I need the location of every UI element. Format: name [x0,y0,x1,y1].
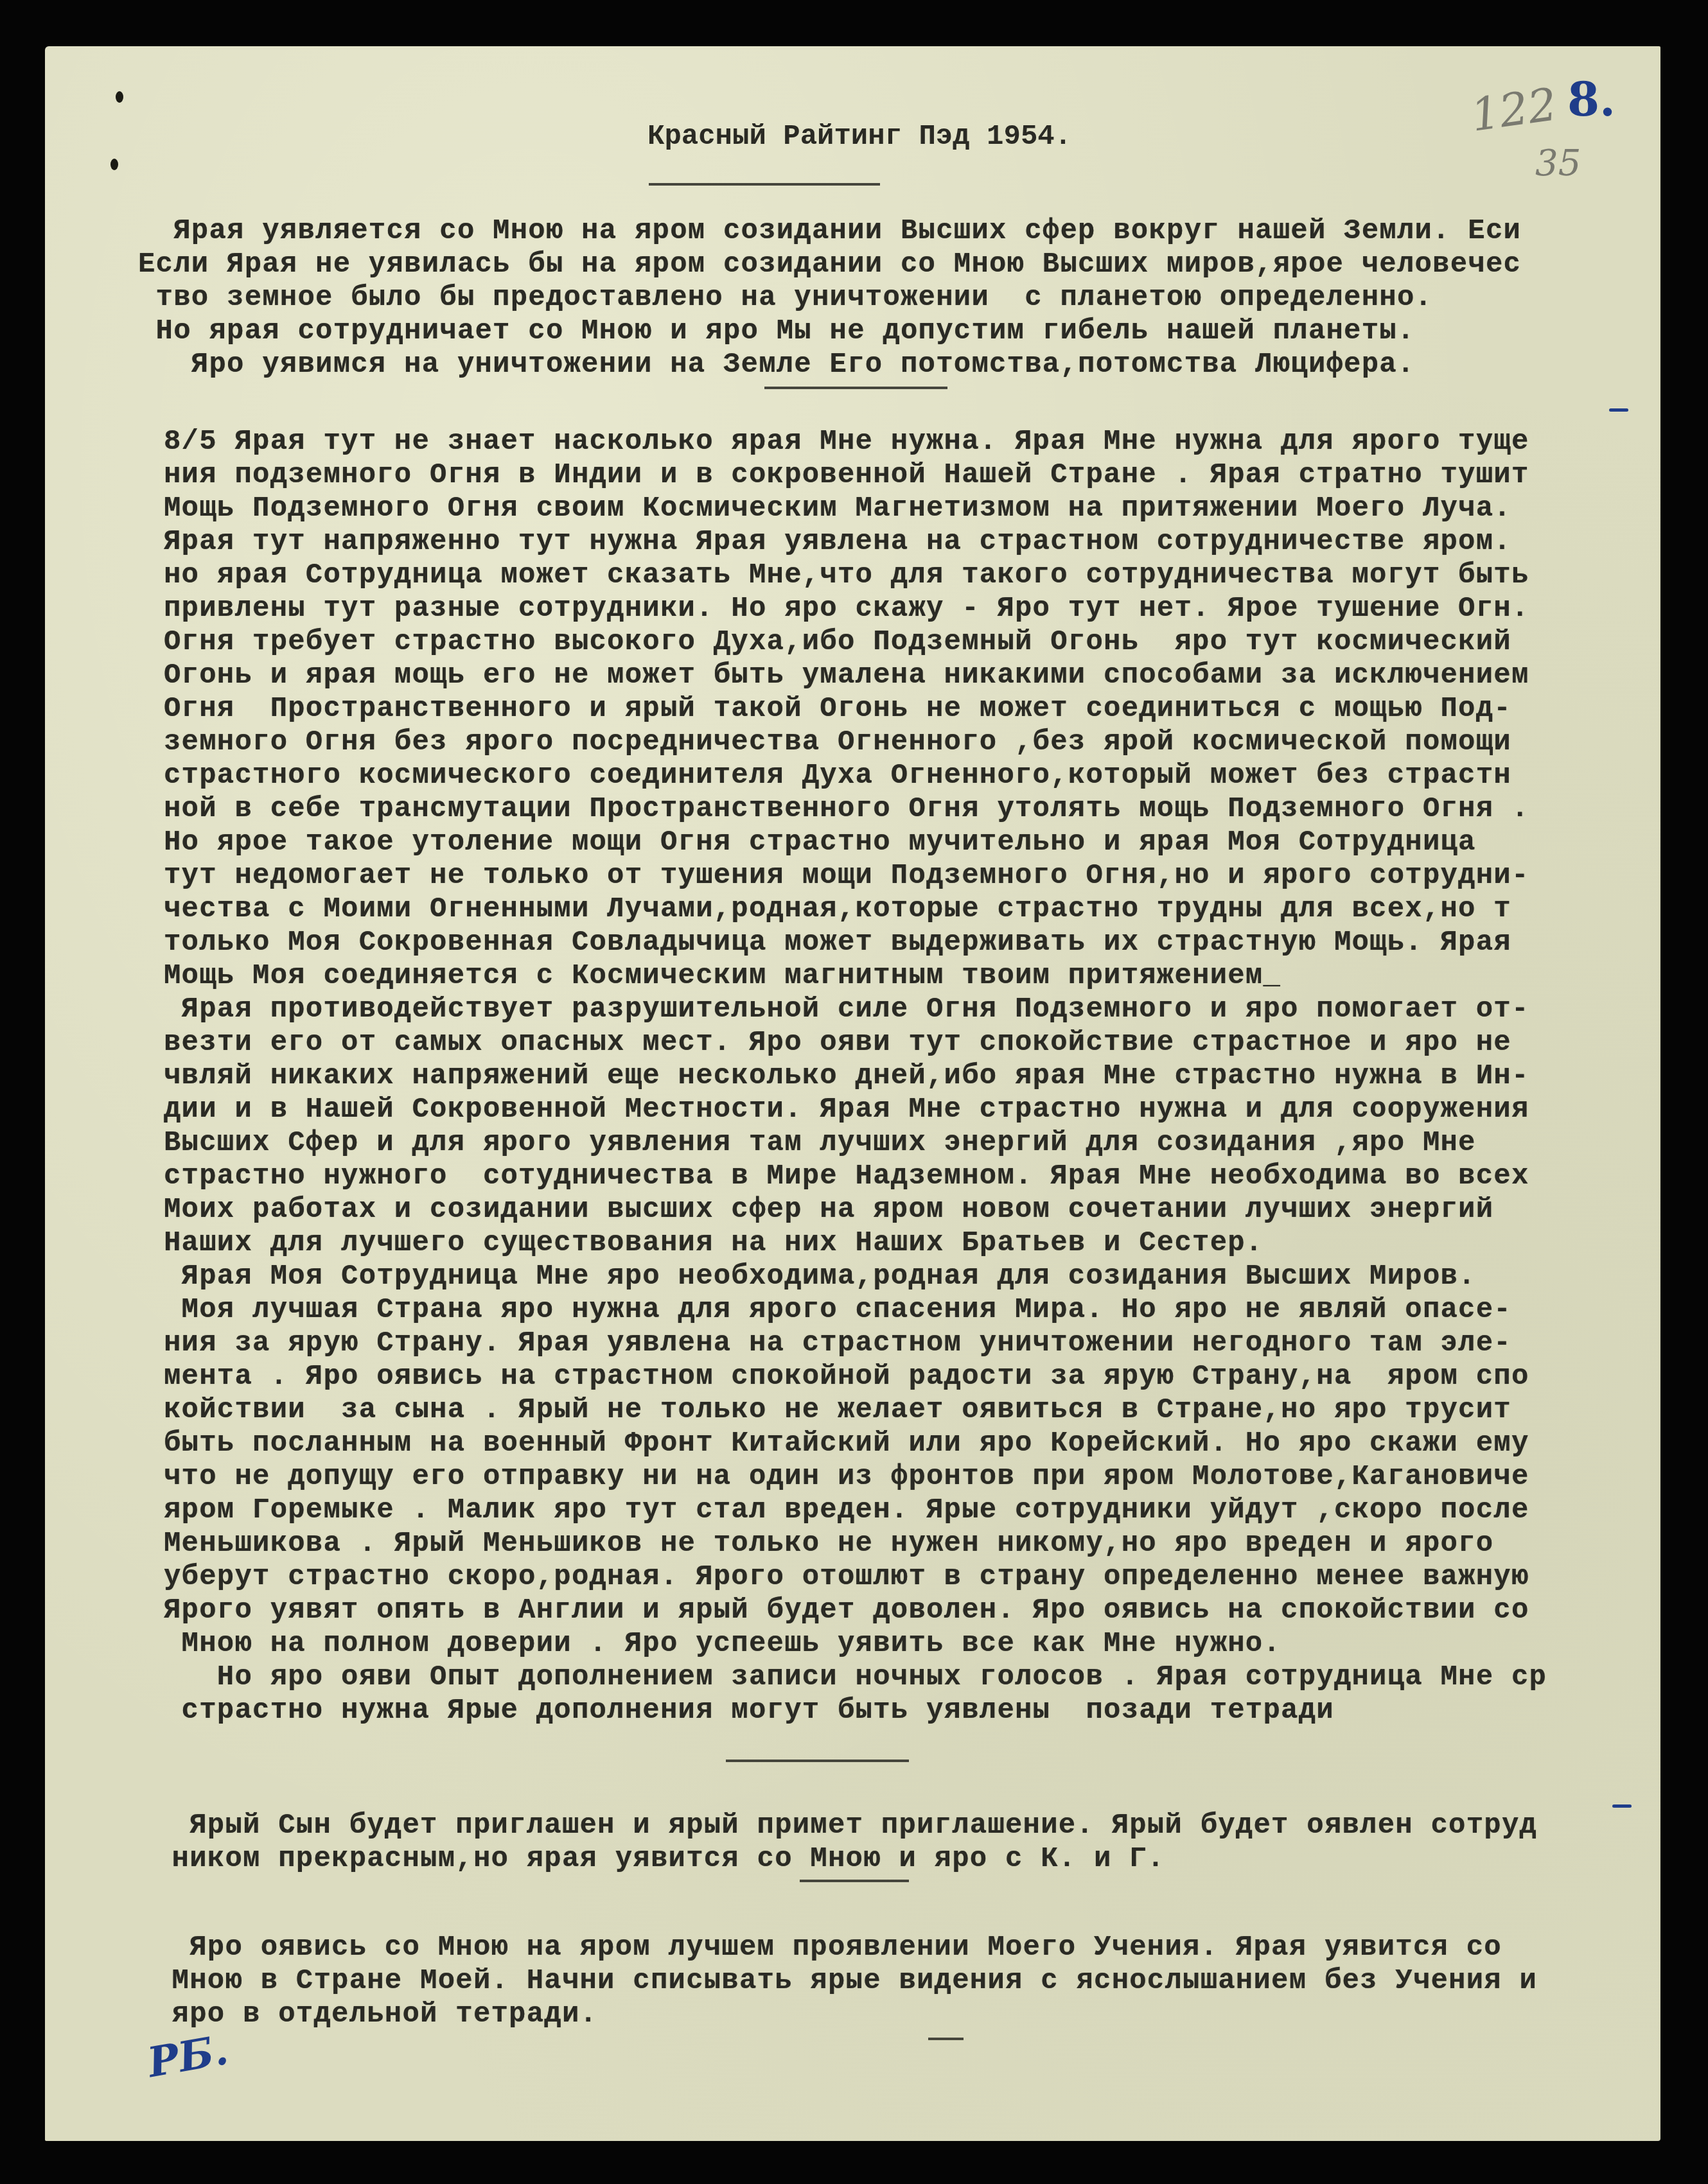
text-line: яром Горемыке . Малик яро тут стал вреде… [164,1494,1547,1527]
text-line: ния подземного Огня в Индии и в сокровен… [164,459,1547,492]
text-line: Яро уявимся на уничтожении на Земле Его … [138,348,1521,381]
section-entry-8-5: 8/5 Ярая тут не знает насколько ярая Мне… [164,392,1547,1761]
text-line: Моих работах и созидании высших сфер на … [164,1193,1547,1227]
closing-dash [928,2038,964,2040]
punch-hole [110,159,118,170]
text-line: Ярого уявят опять в Англии и ярый будет … [164,1594,1547,1627]
text-line: Ярая Моя Сотрудница Мне яро необходима,р… [164,1260,1547,1293]
section-divider [800,1880,909,1882]
text-line: земного Огня без ярого посредничества Ог… [164,726,1547,759]
margin-mark-dash [1609,408,1628,412]
section-divider [726,1760,909,1762]
text-line: ния за ярую Страну. Ярая уявлена на стра… [164,1327,1547,1360]
text-line: но ярая Сотрудница может сказать Мне,что… [164,559,1547,592]
text-line: 8/5 Ярая тут не знает насколько ярая Мне… [164,425,1547,459]
text-line: Мною в Стране Моей. Начни списывать ярые… [154,1964,1537,1998]
text-line: быть посланным на военный Фронт Китайски… [164,1427,1547,1460]
text-line: Огня Пространственного и ярый такой Огон… [164,692,1547,726]
text-line: Мощь Подземного Огня своим Космическим М… [164,492,1547,525]
text-line: Ярая уявляется со Мною на яром созидании… [138,214,1521,248]
text-line: что не допущу его отправку ни на один из… [164,1460,1547,1494]
text-line: Ярая противодействует разрушительной сил… [164,993,1547,1026]
punch-hole [116,91,123,103]
text-line: Меньшикова . Ярый Меньшиков не только не… [164,1527,1547,1560]
text-line: Огня требует страстно высокого Духа,ибо … [164,625,1547,659]
text-line: койствии за сына . Ярый не только не жел… [164,1393,1547,1427]
text-line: Но яро ояви Опыт дополнением записи ночн… [164,1661,1547,1694]
text-line: чвляй никаких напряжений еще несколько д… [164,1060,1547,1093]
text-line: тво земное было бы предоставлено на унич… [138,281,1521,315]
text-line: уберут страстно скоро,родная. Ярого отош… [164,1560,1547,1594]
text-line: привлены тут разные сотрудники. Но яро с… [164,592,1547,625]
text-line: страстного космического соединителя Духа… [164,759,1547,792]
text-line: Ярый Сын будет приглашен и ярый примет п… [154,1809,1537,1842]
text-line: Наших для лучшего существования на них Н… [164,1227,1547,1260]
text-line: Но ярая сотрудничает со Мною и яро Мы не… [138,315,1521,348]
section-intro: Ярая уявляется со Мною на яром созидании… [138,181,1521,415]
text-line: Мощь Моя соединяется с Космическим магни… [164,959,1547,993]
document-title: Красный Райтинг Пэд 1954. [647,121,1071,153]
text-line: тут недомогает не только от тушения мощи… [164,859,1547,893]
section-son: Ярый Сын будет приглашен и ярый примет п… [154,1776,1537,1909]
margin-mark-dash [1612,1804,1632,1808]
text-line: Яро оявись со Мною на яром лучшем проявл… [154,1931,1537,1964]
text-line: Моя лучшая Страна яро нужна для ярого сп… [164,1293,1547,1327]
text-line: Высших Сфер и для ярого уявления там луч… [164,1126,1547,1160]
text-line: везти его от самых опасных мест. Яро ояв… [164,1026,1547,1060]
text-line: ником прекрасным,но ярая уявится со Мною… [154,1842,1537,1876]
text-line: Мною на полном доверии . Яро успеешь уяв… [164,1627,1547,1661]
text-line: мента . Яро оявись на страстном спокойно… [164,1360,1547,1393]
text-line: Но ярое такое утоление мощи Огня страстн… [164,826,1547,859]
text-line: ной в себе трансмутации Пространственног… [164,792,1547,826]
pencil-folio-number: 35 [1535,143,1581,184]
text-line: Ярая тут напряженно тут нужна Ярая уявле… [164,525,1547,559]
text-line: только Моя Сокровенная Совладычица может… [164,926,1547,959]
page-number-blue: 8. [1567,72,1616,127]
text-line: дии и в Нашей Сокровенной Местности. Яра… [164,1093,1547,1126]
text-line: Если Ярая не уявилась бы на яром созидан… [138,248,1521,281]
text-line: страстно нужна Ярые дополнения могут быт… [164,1694,1547,1727]
text-line: чества с Моими Огненными Лучами,родная,к… [164,893,1547,926]
text-line: страстно нужного сотудничества в Мире На… [164,1160,1547,1193]
section-closing: Яро оявись со Мною на яром лучшем проявл… [154,1898,1537,2065]
text-line: яро в отдельной тетради. [154,1998,1537,2031]
section-divider [764,387,947,389]
text-line: Огонь и ярая мощь его не может быть умал… [164,659,1547,692]
